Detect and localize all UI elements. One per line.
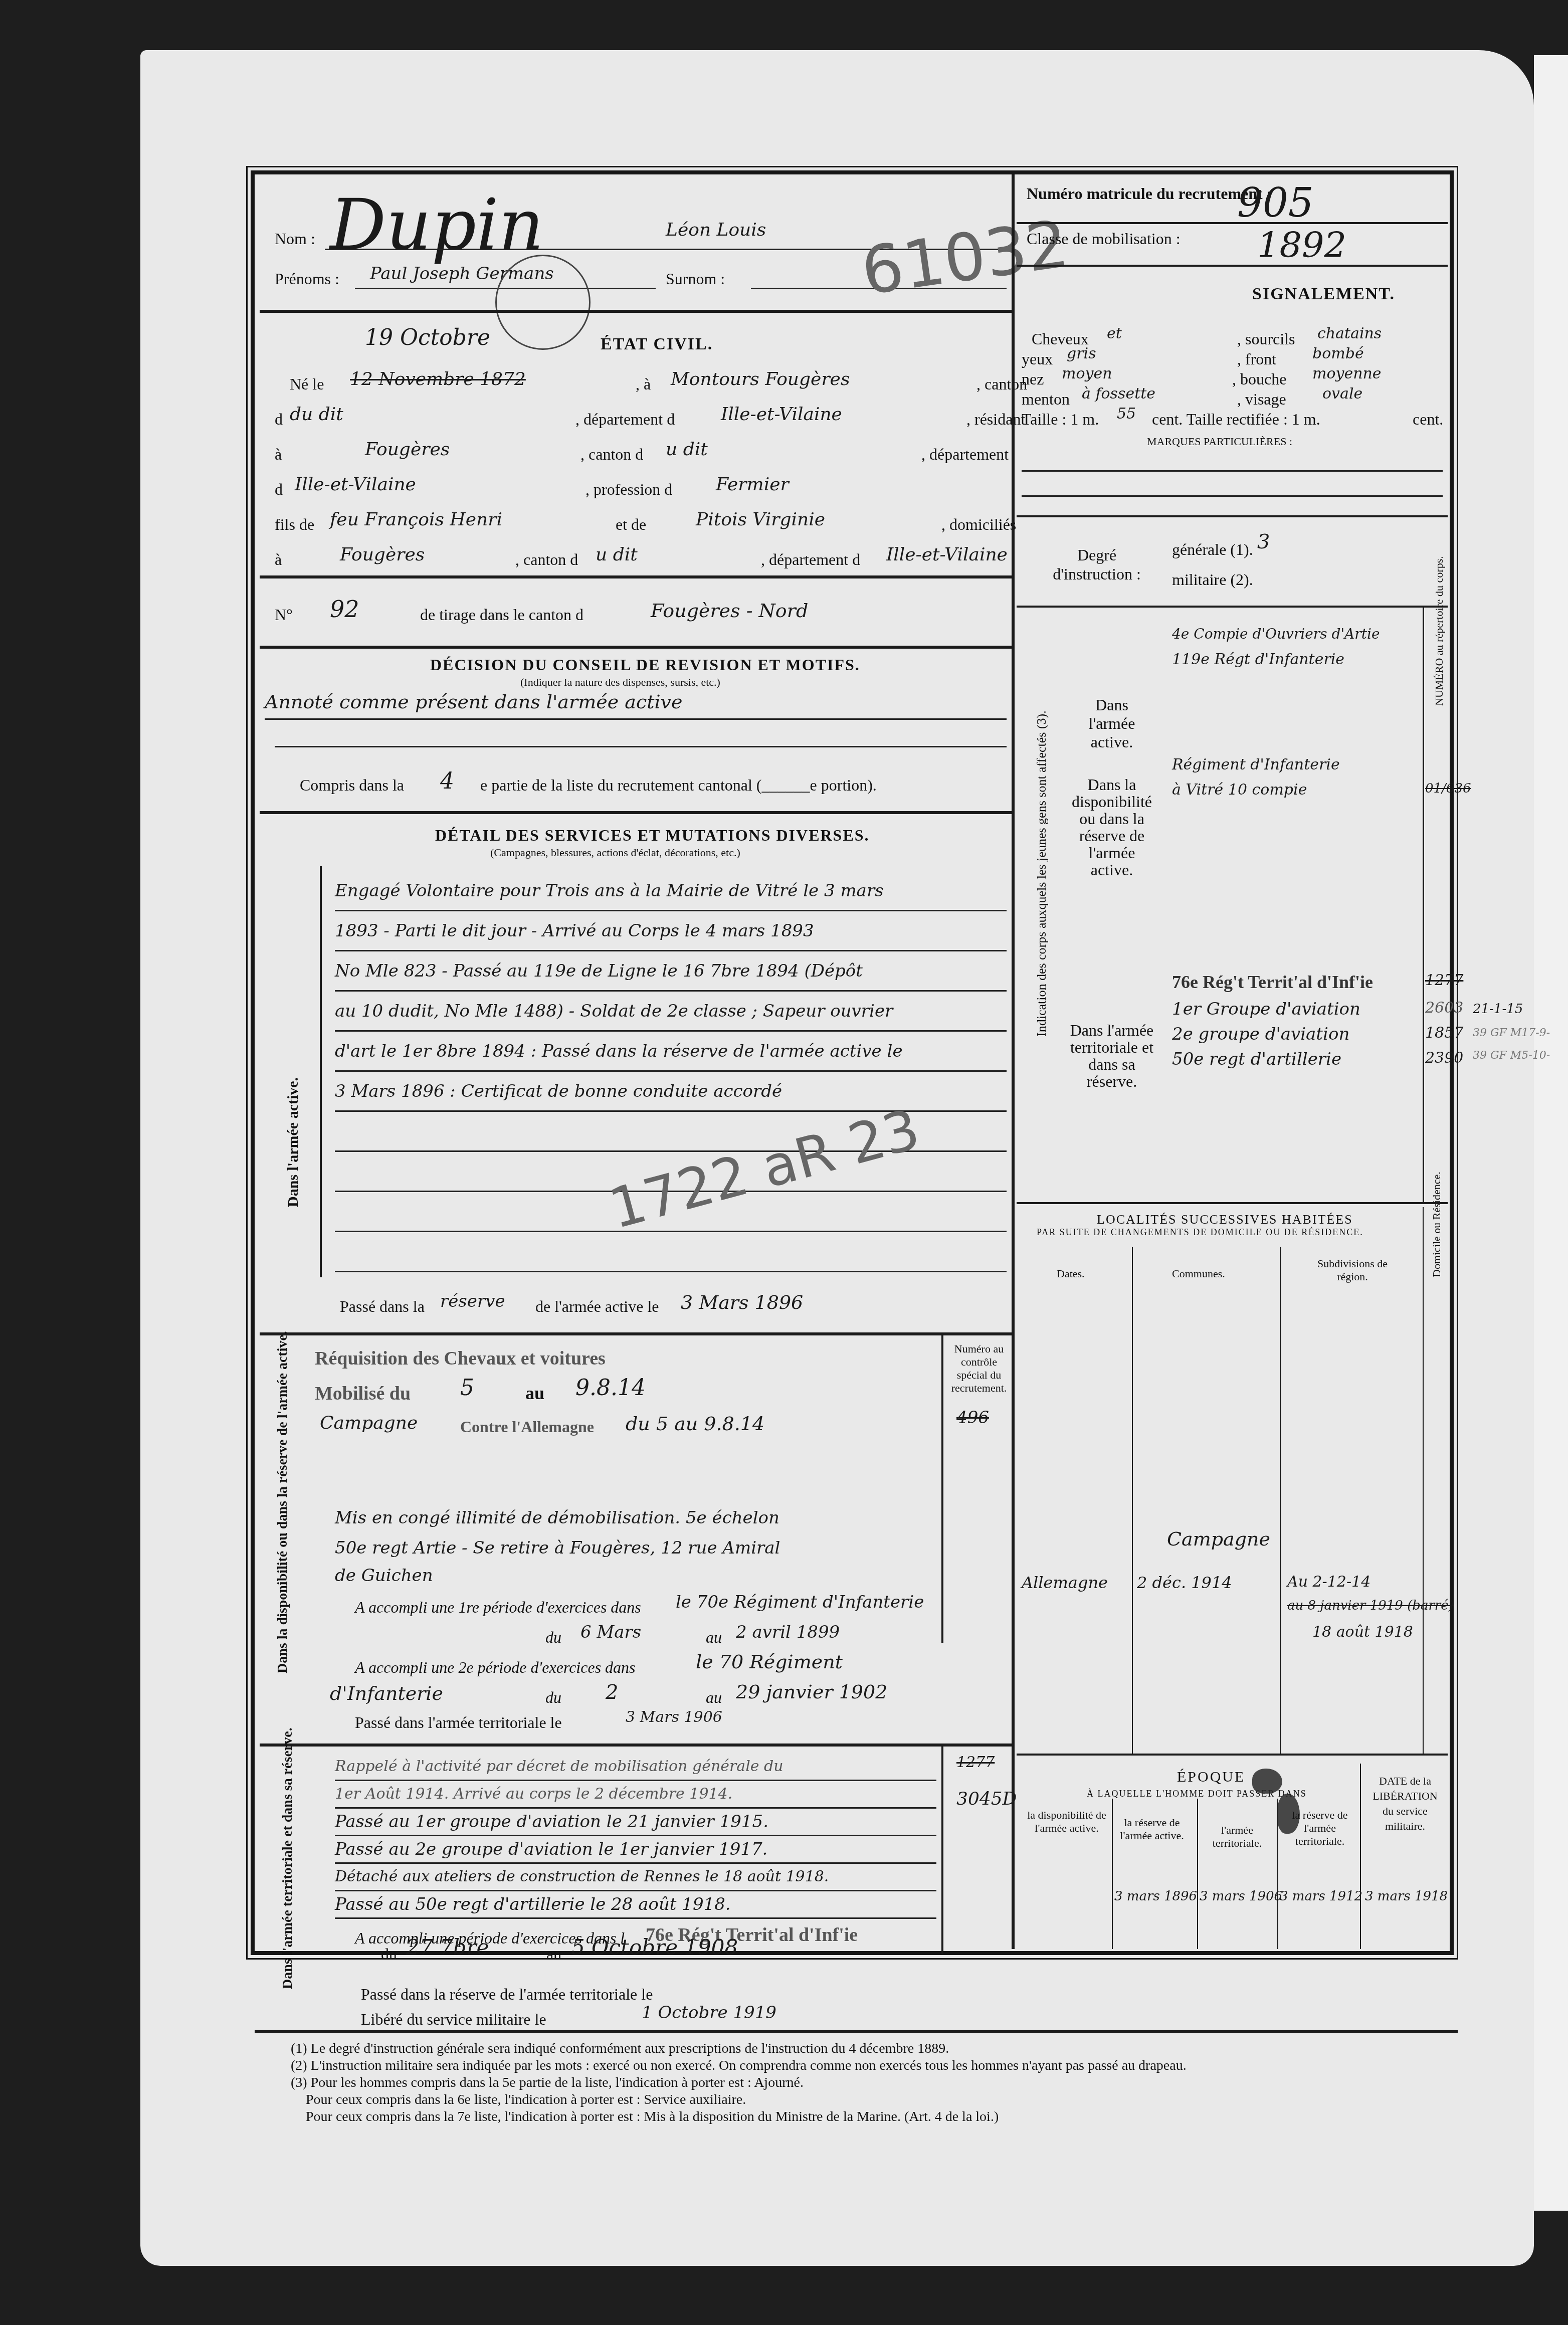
col-subdivisions: Subdivisions de région. — [1312, 1257, 1393, 1283]
localite-date: Allemagne — [1022, 1573, 1108, 1592]
col-divider — [1423, 1207, 1424, 1754]
periode1-from: 6 Mars — [580, 1622, 641, 1642]
epoque-value: 3 mars 1896 — [1114, 1889, 1197, 1904]
corps-dispo-line: à Vitré 10 compie — [1172, 781, 1307, 799]
dispo-note: de Guichen — [335, 1566, 433, 1586]
divider — [260, 646, 1012, 649]
residant-dep-label: , département — [921, 445, 1009, 464]
nom-label: Nom : — [275, 230, 315, 248]
col-domicile: Domicile ou Résidence. — [1430, 1172, 1443, 1277]
footnotes: (1) Le degré d'instruction générale sera… — [291, 2040, 1454, 2125]
residant-canton-value: u dit — [666, 439, 708, 460]
departement-value: Ille-et-Vilaine — [721, 404, 842, 425]
epoque-col: la disponibilité de l'armée active. — [1027, 1809, 1107, 1835]
canton-label: , canton — [976, 375, 1027, 394]
prenoms-label: Prénoms : — [275, 270, 339, 288]
passe-value: réserve — [440, 1291, 505, 1311]
corps-ter-line: 1er Groupe d'aviation — [1172, 999, 1360, 1019]
divider — [260, 811, 1012, 814]
col-divider — [1277, 1799, 1278, 1949]
localites-subtitle: PAR SUITE DE CHANGEMENTS DE DOMICILE OU … — [1037, 1227, 1363, 1238]
decision-line — [265, 718, 1007, 720]
epoque-col: la réserve de l'armée territoriale. — [1282, 1809, 1357, 1848]
bouche-label: , bouche — [1232, 370, 1286, 389]
periode1-value: le 70e Régiment d'Infanterie — [676, 1592, 924, 1612]
corps-ter-line: 2e groupe d'aviation — [1172, 1024, 1349, 1044]
yeux-value: gris — [1067, 345, 1096, 362]
taille-label: Taille : 1 m. — [1022, 410, 1099, 429]
militaire-label: militaire (2). — [1172, 570, 1253, 589]
corps-ter-line: 76e Rég't Territ'al d'Inf'ie — [1172, 972, 1373, 993]
column-divider — [941, 1332, 943, 1643]
passe-mid: de l'armée active le — [535, 1297, 659, 1316]
divider — [1017, 222, 1448, 224]
corps-active-line: 4e Compie d'Ouvriers d'Artie — [1172, 626, 1380, 642]
yeux-label: yeux — [1022, 350, 1053, 368]
mobilise-from: 5 — [460, 1375, 474, 1401]
dispo-note: 50e regt Artie - Se retire à Fougères, 1… — [335, 1538, 780, 1558]
generale-label: générale (1). — [1172, 540, 1253, 559]
epoque-value: 3 mars 1912 — [1280, 1889, 1362, 1904]
compris-label: Compris dans la — [300, 776, 404, 795]
republic-stamp — [495, 255, 591, 350]
corps-active-label: Dans l'armée active. — [1077, 696, 1147, 751]
ter-periode-du: du — [381, 1945, 397, 1964]
nez-value: moyen — [1062, 365, 1112, 382]
front-value: bombé — [1312, 345, 1364, 362]
residant-a-label: à — [275, 445, 282, 464]
col-communes: Communes. — [1172, 1267, 1225, 1280]
divider — [1017, 606, 1448, 608]
mobilise-au: au — [525, 1383, 544, 1404]
matricule-label: Numéro matricule du recrutement : — [1027, 184, 1272, 203]
nom-value: Dupin — [330, 184, 544, 266]
compris-value: 4 — [440, 768, 454, 794]
services-title: DÉTAIL DES SERVICES ET MUTATIONS DIVERSE… — [435, 826, 870, 845]
taille-value: 55 — [1117, 405, 1136, 423]
next-page-edge — [1534, 55, 1568, 2211]
cheveux-value: et — [1107, 325, 1122, 342]
residant-label: , résidant — [966, 410, 1025, 429]
periode2-cont: d'Infanterie — [330, 1682, 443, 1704]
numero-repertoire-label: NUMÉRO au répertoire du corps. — [1433, 556, 1446, 706]
main-column-divider — [1012, 174, 1015, 1949]
numero-divider — [1423, 606, 1424, 1202]
profession-label: , profession d — [585, 480, 672, 499]
campagne-value: du 5 au 9.8.14 — [626, 1413, 764, 1435]
corps-side-label: Indication des corps auxquels les jeunes… — [1034, 710, 1049, 1037]
footnote: (2) L'instruction militaire sera indiqué… — [291, 2057, 1454, 2074]
residant-canton-label: , canton d — [580, 445, 643, 464]
periode1-to: 2 avril 1899 — [736, 1622, 840, 1642]
territoriale-line: 1er Août 1914. Arrivé au corps le 2 déce… — [335, 1781, 936, 1809]
col-divider — [1360, 1764, 1361, 1949]
mobilise-to: 9.8.14 — [575, 1375, 646, 1401]
periode2-from: 2 — [606, 1681, 618, 1704]
ink-stain — [1252, 1769, 1282, 1794]
degre-label: Degré d'instruction : — [1047, 545, 1147, 584]
libere-value: 1 Octobre 1919 — [642, 2003, 776, 2023]
tirage-canton-value: Fougères - Nord — [651, 600, 808, 622]
campagne-stamp: Contre l'Allemagne — [460, 1418, 594, 1436]
corps-ter-number: 2390 — [1425, 1049, 1463, 1067]
localites-campagne: Campagne — [1167, 1528, 1270, 1550]
decision-value: Annoté comme présent dans l'armée active — [265, 691, 683, 713]
periode1-label: A accompli une 1re période d'exercices d… — [355, 1598, 641, 1617]
visage-label: , visage — [1237, 390, 1286, 409]
blank-line — [335, 1232, 1007, 1272]
menton-label: menton — [1022, 390, 1070, 409]
sourcils-value: chatains — [1317, 325, 1382, 342]
mobilise-label: Mobilisé du — [315, 1383, 411, 1405]
periode2-du: du — [545, 1688, 561, 1707]
dom-dep-value: Ille-et-Vilaine — [886, 544, 1008, 565]
footnote: (3) Pour les hommes compris dans la 5e p… — [291, 2074, 1454, 2091]
domicilies-label: , domiciliés — [941, 515, 1016, 534]
territoriale-line: Détaché aux ateliers de construction de … — [335, 1864, 936, 1891]
services-side-label: Dans l'armée active. — [285, 1077, 302, 1207]
periode2-label: A accompli une 2e période d'exercices da… — [355, 1658, 636, 1677]
margin-note: 39 GF M5-10- — [1473, 1049, 1550, 1062]
periode2-au: au — [706, 1688, 722, 1707]
marques-label: MARQUES PARTICULIÈRES : — [1147, 435, 1292, 448]
bouche-value: moyenne — [1312, 365, 1382, 382]
pencil-number: 61032 — [857, 206, 1073, 310]
col-dates: Dates. — [1057, 1267, 1085, 1280]
margin-note: 39 GF M17-9- — [1473, 1027, 1550, 1039]
divider — [1017, 515, 1448, 517]
marques-line — [1022, 470, 1443, 472]
profession-value: Fermier — [716, 474, 789, 495]
nez-label: nez — [1022, 370, 1044, 389]
territoriale-line: Rappelé à l'activité par décret de mobil… — [335, 1754, 936, 1781]
col-divider — [1132, 1247, 1133, 1754]
corps-ter-line: 50e regt d'artillerie — [1172, 1049, 1341, 1069]
footnote: Pour ceux compris dans la 7e liste, l'in… — [291, 2108, 1454, 2125]
canton-value: du dit — [290, 404, 343, 425]
margin-note: 21-1-15 — [1473, 1002, 1523, 1017]
territoriale-line: Passé au 1er groupe d'aviation le 21 jan… — [335, 1809, 936, 1836]
territoriale-side-label: Dans l'armée territoriale et dans sa rés… — [280, 1727, 296, 1989]
passe-date: 3 Mars 1896 — [681, 1291, 803, 1313]
epoque-value: 3 mars 1906 — [1200, 1889, 1282, 1904]
dom-dep-label: , département d — [761, 550, 860, 569]
tirage-label: de tirage dans le canton d — [420, 606, 583, 624]
periode1-au: au — [706, 1628, 722, 1647]
etat-civil-title: ÉTAT CIVIL. — [601, 335, 713, 354]
dom-a-value: Fougères — [340, 544, 425, 565]
ter-periode-from: 27 7bre — [406, 1935, 489, 1960]
dispo-note: Mis en congé illimité de démobilisation.… — [335, 1508, 779, 1528]
classe-label: Classe de mobilisation : — [1027, 230, 1181, 248]
localite-subdivision: Au 2-12-14 — [1287, 1573, 1370, 1591]
divider — [1017, 1754, 1448, 1756]
localite-subdivision: au 8 janvier 1919 (barré) — [1287, 1598, 1454, 1613]
corps-dispo-number: 01/636 — [1425, 781, 1471, 796]
epoque-title: ÉPOQUE — [1177, 1769, 1245, 1786]
requisition-stamp: Réquisition des Chevaux et voitures — [315, 1347, 606, 1370]
mother-value: Pitois Virginie — [696, 509, 825, 530]
sourcils-label: , sourcils — [1237, 330, 1295, 348]
residant-dep-value: Ille-et-Vilaine — [295, 474, 416, 495]
periode1-du: du — [545, 1628, 561, 1647]
nom-extra: Léon Louis — [666, 220, 766, 240]
corps-territoriale-label: Dans l'armée territoriale et dans sa rés… — [1067, 1022, 1157, 1090]
corps-ter-number: 1277 — [1425, 972, 1463, 989]
services-line: Engagé Volontaire pour Trois ans à la Ma… — [335, 871, 1007, 911]
numero-controle-header: Numéro au contrôle spécial du recrutemen… — [949, 1342, 1009, 1395]
periode2-to: 29 janvier 1902 — [736, 1681, 887, 1703]
dom-canton-value: u dit — [596, 544, 638, 565]
epoque-value: 3 mars 1918 — [1365, 1889, 1448, 1904]
matricule-value: 905 — [1237, 179, 1314, 226]
services-line: 1893 - Parti le dit jour - Arrivé au Cor… — [335, 911, 1007, 951]
military-register-form: Nom : Dupin Léon Louis Prénoms : Paul Jo… — [251, 170, 1454, 1955]
divider — [260, 1332, 1012, 1335]
corps-dispo-label: Dans la disponibilité ou dans la réserve… — [1067, 776, 1157, 878]
divider — [260, 310, 1012, 313]
numero-controle-value: 496 — [956, 1408, 989, 1428]
libere-label: Libéré du service militaire le — [361, 2010, 546, 2029]
passe-territoriale-label: Passé dans l'armée territoriale le — [355, 1713, 562, 1732]
territoriale-line: Passé au 50e regt d'artillerie le 28 aoû… — [335, 1891, 936, 1919]
epoque-col: la réserve de l'armée active. — [1112, 1816, 1192, 1842]
father-value: feu François Henri — [330, 509, 502, 530]
corps-ter-number: 2603 — [1425, 999, 1463, 1017]
territoriale-number: 1277 — [956, 1754, 995, 1771]
corps-dispo-line: Régiment d'Infanterie — [1172, 756, 1340, 773]
cent-label: cent. — [1413, 410, 1443, 429]
a-label: , à — [636, 375, 651, 394]
compris-suffix: e partie de la liste du recrutement cant… — [480, 776, 877, 795]
ne-le-value: 12 Novembre 1872 — [350, 369, 526, 390]
col-divider — [1197, 1799, 1198, 1949]
services-subtitle: (Campagnes, blessures, actions d'éclat, … — [490, 846, 740, 859]
marques-line — [1022, 495, 1443, 497]
surnom-label: Surnom : — [666, 270, 725, 288]
col-divider — [1280, 1247, 1281, 1754]
decision-line — [275, 746, 1007, 747]
services-line: d'art le 1er 8bre 1894 : Passé dans la r… — [335, 1032, 1007, 1072]
localites-title: LOCALITÉS SUCCESSIVES HABITÉES — [1097, 1212, 1353, 1227]
localite-commune: 2 déc. 1914 — [1137, 1573, 1232, 1592]
dom-canton-label: , canton d — [515, 550, 578, 569]
et-de-label: et de — [616, 515, 646, 534]
ter-periode-au: au — [546, 1945, 561, 1964]
col-divider — [1112, 1799, 1113, 1949]
residant-a-value: Fougères — [365, 439, 450, 460]
front-label: , front — [1237, 350, 1276, 368]
passe-label: Passé dans la — [340, 1297, 425, 1316]
territoriale-line: Passé au 2e groupe d'aviation le 1er jan… — [335, 1836, 936, 1864]
services-line: au 10 dudit, No Mle 1488) - Soldat de 2e… — [335, 992, 1007, 1032]
corps-active-line: 119e Régt d'Infanterie — [1172, 651, 1344, 668]
classe-value: 1892 — [1257, 225, 1346, 266]
services-line: No Mle 823 - Passé au 119e de Ligne le 1… — [335, 951, 1007, 992]
bracket — [320, 866, 322, 1277]
territoriale-lines: Rappelé à l'activité par décret de mobil… — [335, 1754, 936, 1919]
passe-territoriale-value: 3 Mars 1906 — [626, 1708, 722, 1726]
campagne-label: Campagne — [320, 1413, 418, 1433]
ter-reserve-label: Passé dans la réserve de l'armée territo… — [361, 1985, 653, 2004]
footnote: (1) Le degré d'instruction générale sera… — [291, 2040, 1454, 2057]
dom-a-label: à — [275, 550, 282, 569]
footnote: Pour ceux compris dans la 6e liste, l'in… — [291, 2091, 1454, 2108]
date-correction: 19 Octobre — [365, 325, 490, 350]
taille-rectifiee-label: cent. Taille rectifiée : 1 m. — [1152, 410, 1320, 429]
corps-ter-number: 1857 — [1425, 1024, 1463, 1042]
divider — [260, 575, 1012, 578]
ne-le-label: Né le — [290, 375, 324, 394]
divider — [1017, 265, 1448, 267]
decision-title: DÉCISION DU CONSEIL DE REVISION ET MOTIF… — [430, 656, 860, 674]
territoriale-number: 3045D — [956, 1789, 1017, 1809]
liberation-date-header: DATE de la LIBÉRATION du service militai… — [1367, 1774, 1443, 1834]
divider — [1017, 1202, 1448, 1204]
departement-label: , département d — [575, 410, 675, 429]
generale-value: 3 — [1257, 530, 1270, 553]
birthplace-value: Montours Fougères — [671, 369, 850, 390]
epoque-col: l'armée territoriale. — [1202, 1824, 1272, 1850]
decision-subtitle: (Indiquer la nature des dispenses, sursi… — [520, 676, 720, 689]
divider — [260, 1743, 1012, 1747]
column-divider — [941, 1743, 943, 1954]
localite-subdivision: 18 août 1918 — [1312, 1623, 1413, 1641]
periode2-value: le 70 Régiment — [696, 1651, 843, 1673]
visage-value: ovale — [1322, 385, 1362, 403]
disponibilite-side-label: Dans la disponibilité ou dans la réserve… — [275, 1331, 291, 1673]
signalement-title: SIGNALEMENT. — [1252, 285, 1395, 304]
fils-de-label: fils de — [275, 515, 314, 534]
ter-periode-to: 5 Octobre 1908 — [571, 1935, 738, 1960]
divider — [255, 2030, 1458, 2033]
menton-value: à fossette — [1082, 385, 1155, 403]
tirage-no-value: 92 — [330, 596, 359, 623]
tirage-no-label: N° — [275, 606, 293, 624]
